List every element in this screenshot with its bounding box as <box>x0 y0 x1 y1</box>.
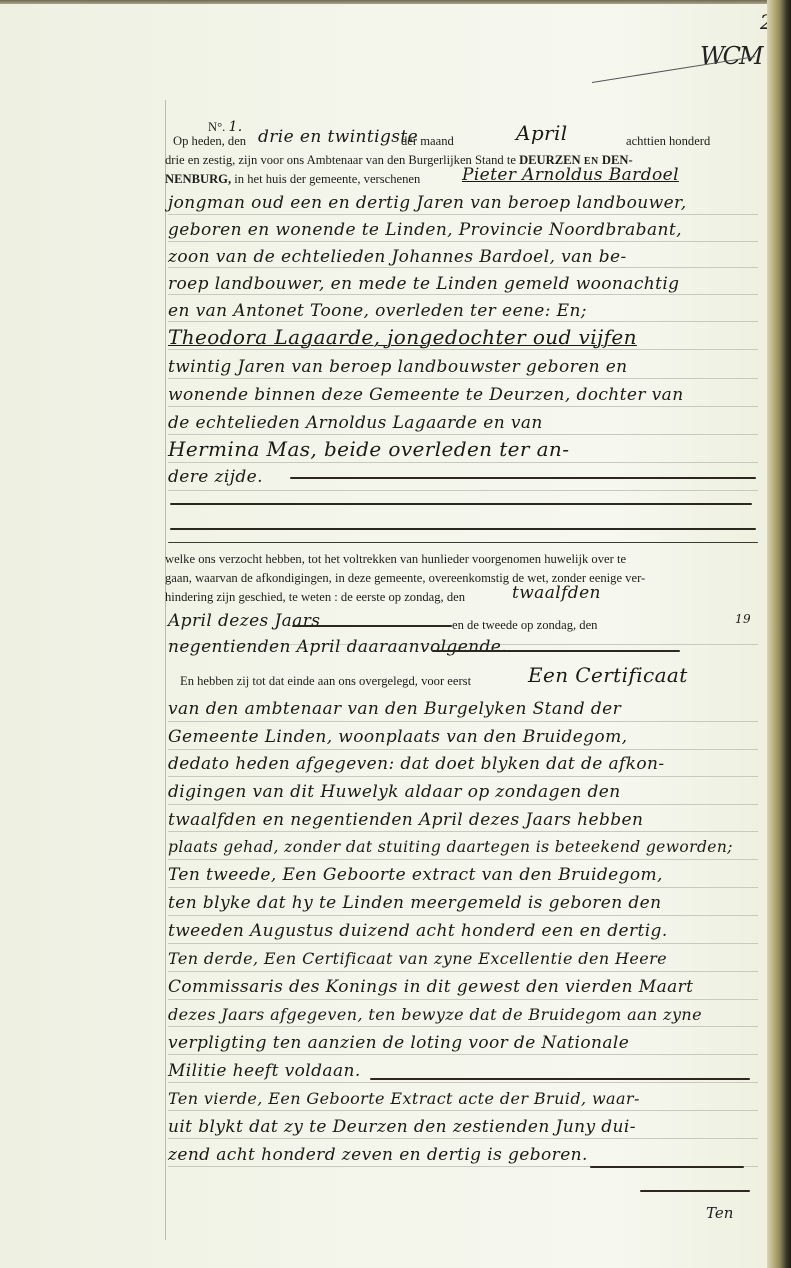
p3-hand-line: plaats gehad, zonder dat stuiting daarte… <box>168 836 733 858</box>
p1-hand-line: en van Antonet Toone, overleden ter eene… <box>168 300 587 322</box>
ink-fill-line <box>370 1078 750 1080</box>
book-spine <box>767 0 791 1268</box>
ink-fill-line <box>590 1166 744 1168</box>
second-proclamation-date: negentienden April daaraanvolgende. <box>168 636 507 658</box>
p3-hand-line-ten-derde: Ten derde, Een Certificaat van zyne Exce… <box>168 948 667 970</box>
ruled-line <box>168 462 758 463</box>
p1-line1-printed-b: der maand <box>401 132 454 151</box>
p1-hand-line: zoon van de echtelieden Johannes Bardoel… <box>168 246 627 268</box>
p3-hand-line: verpligting ten aanzien de loting voor d… <box>168 1032 629 1054</box>
left-margin-rule <box>165 100 166 1240</box>
p1-line1-printed-c: achttien honderd <box>626 132 710 151</box>
p3-hand-line-ten-vierde: Ten vierde, Een Geboorte Extract acte de… <box>168 1088 640 1110</box>
groom-name: Pieter Arnoldus Bardoel <box>462 164 679 186</box>
p3-hand-line: Militie heeft voldaan. <box>168 1060 361 1082</box>
ruled-line <box>168 1026 758 1027</box>
p1-hand-line: twintig Jaren van beroep landbouwster ge… <box>168 356 628 378</box>
bride-line: Theodora Lagaarde, jongedochter oud vijf… <box>168 326 637 348</box>
ruled-line <box>168 214 758 215</box>
ruled-line <box>168 1082 758 1083</box>
catchword: Ten <box>706 1204 733 1222</box>
ink-fill-line <box>170 528 756 530</box>
ruled-line <box>168 831 758 832</box>
p3-hand-line: tweeden Augustus duizend acht honderd ee… <box>168 920 668 942</box>
p3-hand-line: Commissaris des Konings in dit gewest de… <box>168 976 693 998</box>
p2-printed-line: welke ons verzocht hebben, tot het voltr… <box>165 550 626 569</box>
section-divider <box>168 542 758 543</box>
ruled-line <box>168 999 758 1000</box>
ruled-line <box>168 1138 758 1139</box>
ruled-line <box>168 915 758 916</box>
ruled-line <box>168 1110 758 1111</box>
p1-hand-month: April <box>516 122 568 144</box>
p3-hand-line: twaalfden en negentienden April dezes Ja… <box>168 809 643 831</box>
second-proclamation-mark: 19 <box>735 608 751 630</box>
p3-hand-line: van den ambtenaar van den Burgelyken Sta… <box>168 698 621 720</box>
ink-fill-line <box>292 625 452 627</box>
p1-hand-line: Hermina Mas, beide overleden ter an- <box>168 438 569 460</box>
place-nenburg: NENBURG, <box>165 172 231 186</box>
ruled-line <box>168 859 758 860</box>
p1-hand-line: roep landbouwer, en mede te Linden gemel… <box>168 273 679 295</box>
p1-hand-day: drie en twintigste <box>258 126 418 148</box>
catchword-flourish <box>640 1190 750 1192</box>
ruled-line <box>168 943 758 944</box>
p3-hand-intro: Een Certificaat <box>528 664 688 686</box>
p3-hand-line: zend acht honderd zeven en dertig is geb… <box>168 1144 588 1166</box>
p3-hand-line: dezes Jaars afgegeven, ten bewyze dat de… <box>168 1004 702 1026</box>
ink-fill-line <box>432 650 680 652</box>
p1-hand-line: dere zijde. <box>168 466 263 488</box>
p1-hand-line: de echtelieden Arnoldus Lagaarde en van <box>168 412 543 434</box>
ruled-line <box>168 776 758 777</box>
p1-hand-line: wonende binnen deze Gemeente te Deurzen,… <box>168 384 684 406</box>
ruled-line <box>168 804 758 805</box>
ink-fill-line <box>170 503 752 505</box>
ruled-line <box>168 406 758 407</box>
p3-hand-line: Gemeente Linden, woonplaats van den Brui… <box>168 726 627 748</box>
ruled-line <box>168 241 758 242</box>
register-page: 2 WCM N°. 1. Op heden, den drie en twint… <box>0 4 768 1268</box>
p1-line1-printed-a: Op heden, den <box>173 132 246 151</box>
first-proclamation-date: April dezes Jaars <box>168 610 320 632</box>
p3-printed-intro: En hebben zij tot dat einde aan ons over… <box>180 672 471 691</box>
ink-fill-line <box>290 477 756 479</box>
p3-hand-line: dedato heden afgegeven: dat doet blyken … <box>168 753 665 775</box>
p1-hand-line: geboren en wonende te Linden, Provincie … <box>168 219 682 241</box>
p1-hand-line: jongman oud een en dertig Jaren van bero… <box>168 192 687 214</box>
p1-line3: NENBURG, in het huis der gemeente, versc… <box>165 170 420 189</box>
p1-line3-printed: in het huis der gemeente, verschenen <box>234 172 420 186</box>
p3-hand-line-ten-tweede: Ten tweede, Een Geboorte extract van den… <box>168 864 663 886</box>
ruled-line <box>168 490 758 491</box>
p3-hand-line: ten blyke dat hy te Linden meergemeld is… <box>168 892 661 914</box>
ruled-line <box>168 434 758 435</box>
ruled-line <box>168 378 758 379</box>
p2-printed-second: en de tweede op zondag, den <box>452 616 597 635</box>
p2-printed-line: hindering zijn geschied, te weten : de e… <box>165 588 465 607</box>
ruled-line <box>168 1054 758 1055</box>
ruled-line <box>168 887 758 888</box>
ruled-line <box>168 971 758 972</box>
first-proclamation-day: twaalfden <box>512 582 601 604</box>
p3-hand-line: digingen van dit Huwelyk aldaar op zonda… <box>168 781 621 803</box>
p3-hand-line: uit blykt dat zy te Deurzen den zestiend… <box>168 1116 636 1138</box>
ruled-line <box>168 349 758 350</box>
ruled-line <box>168 749 758 750</box>
ruled-line <box>168 721 758 722</box>
